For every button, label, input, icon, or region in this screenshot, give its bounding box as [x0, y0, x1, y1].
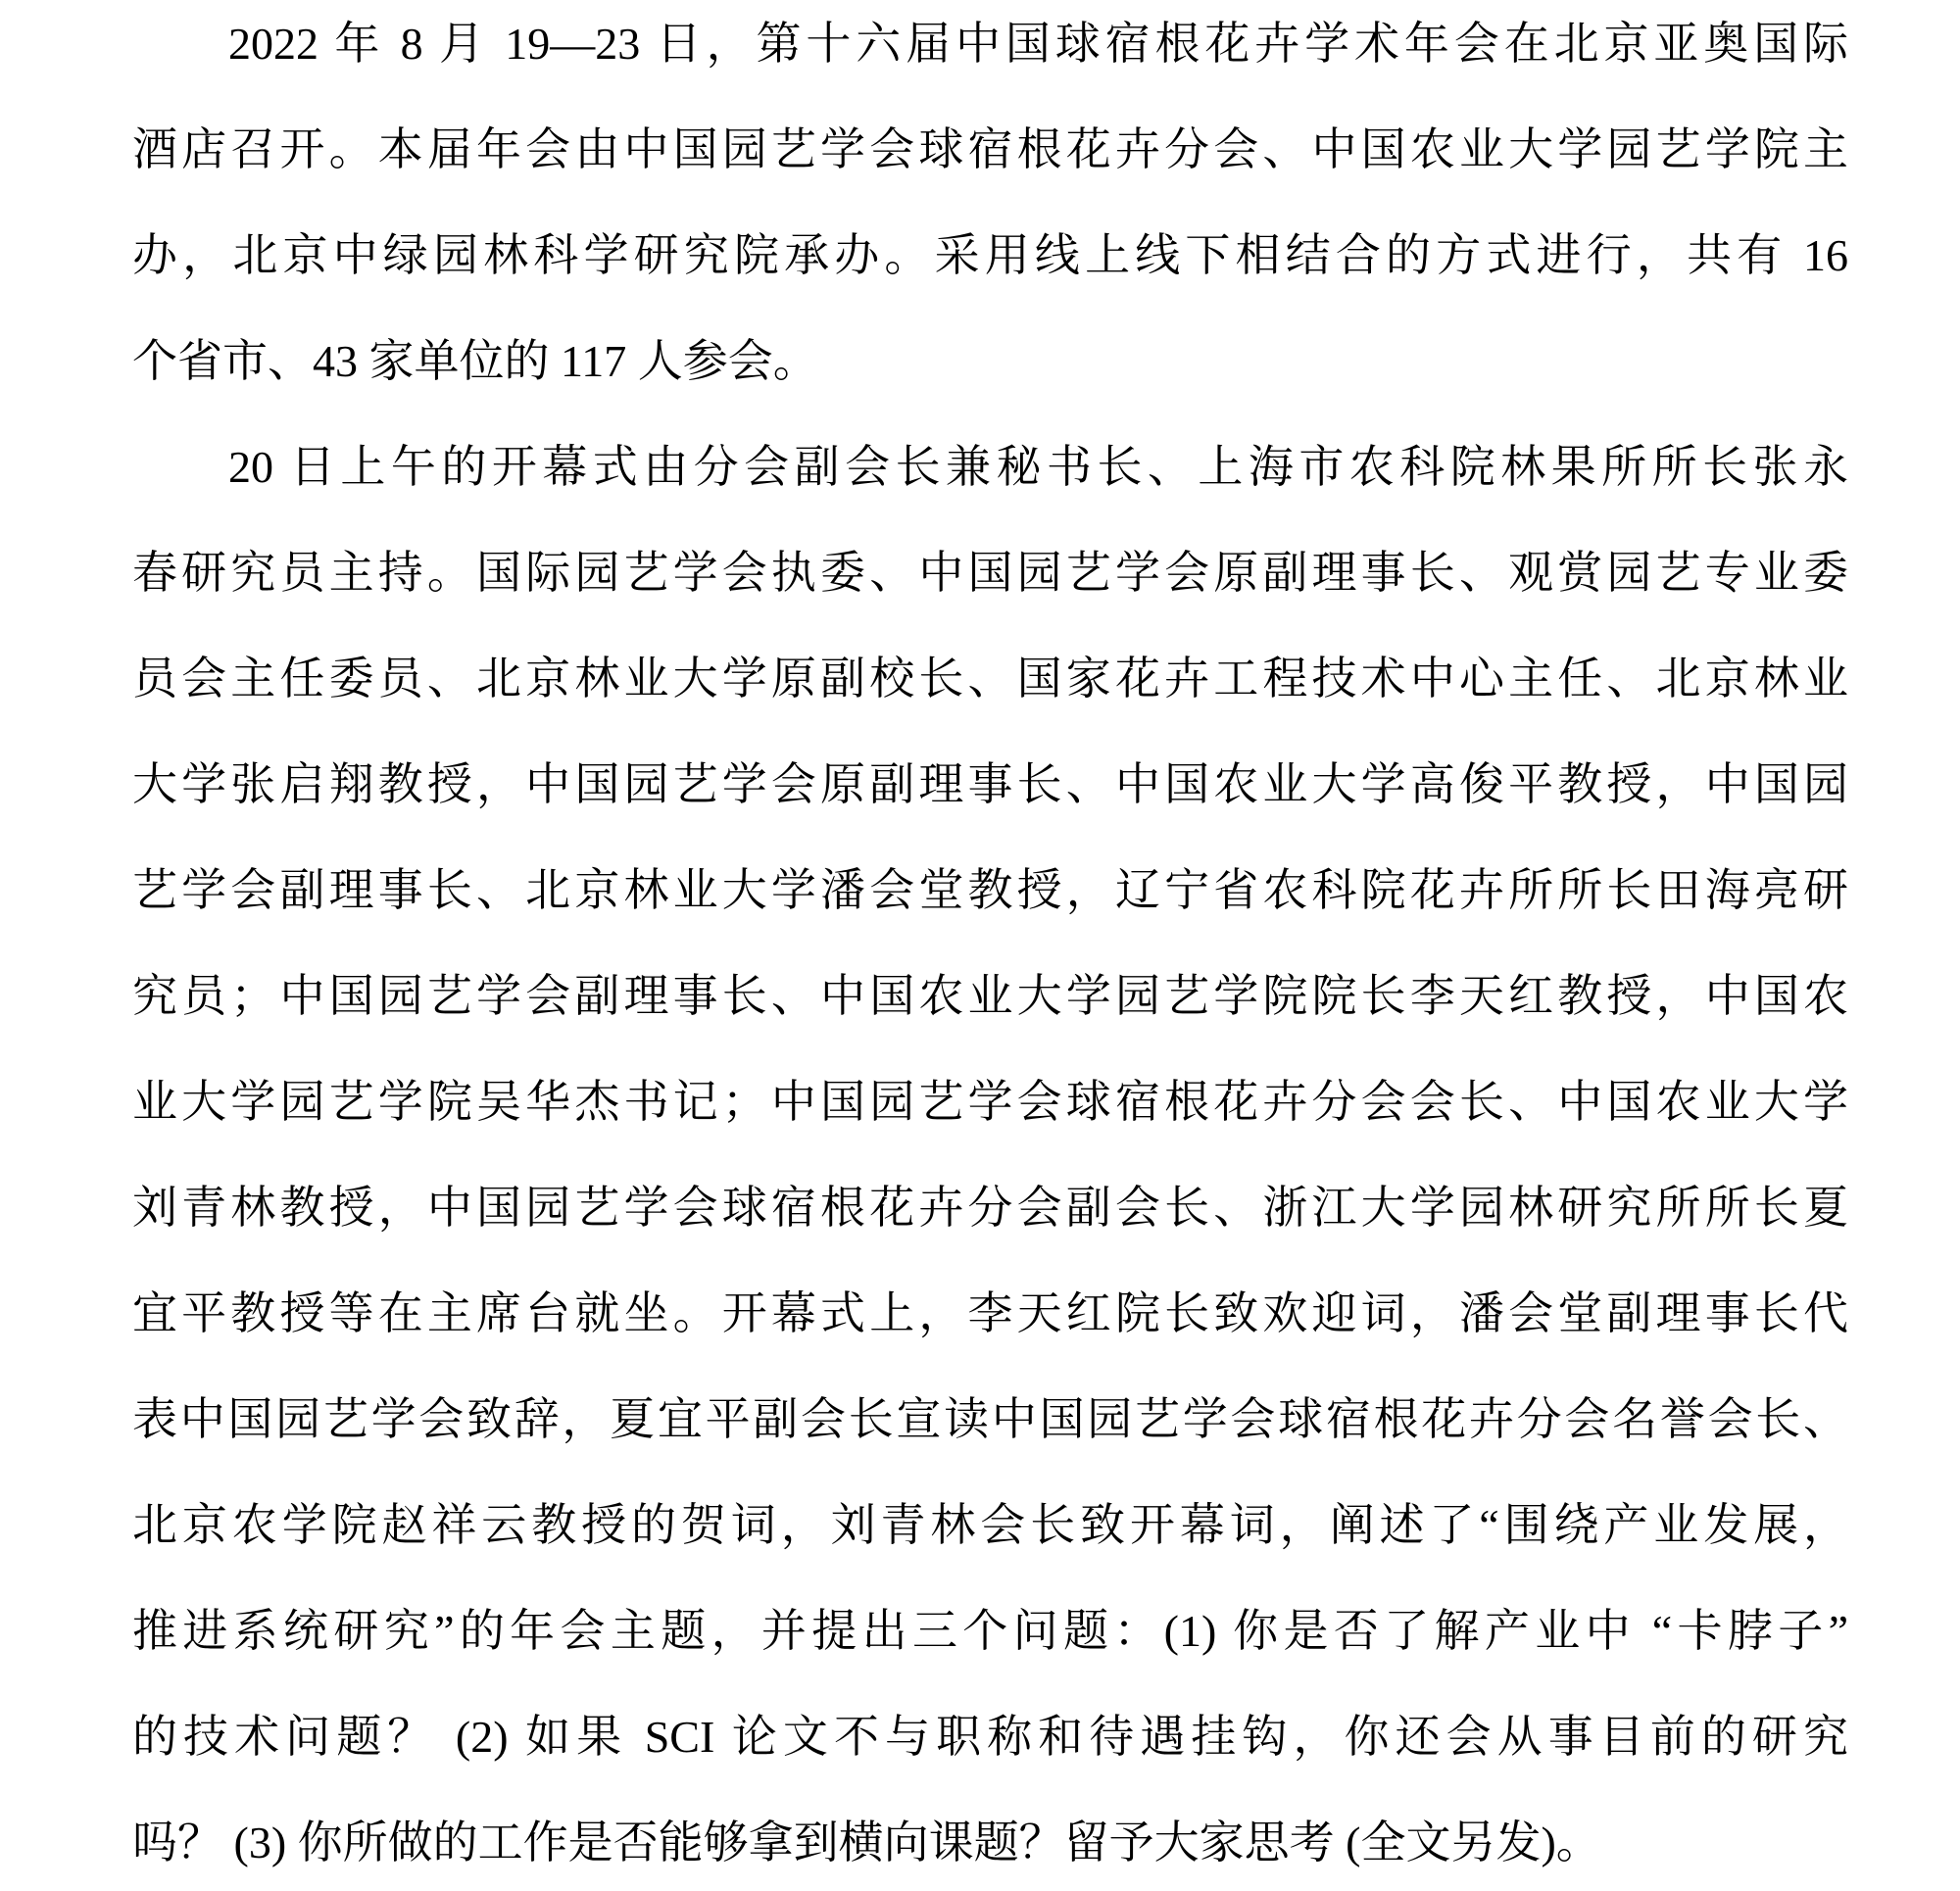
document-text-block: 2022 年 8 月 19—23 日，第十六届中国球宿根花卉学术年会在北京亚奥国…	[132, 0, 1848, 1891]
text-line: 艺学会副理事长、北京林业大学潘会堂教授，辽宁省农科院花卉所所长田海亮研	[132, 838, 1848, 944]
text-line: 刘青林教授，中国园艺学会球宿根花卉分会副会长、浙江大学园林研究所所长夏	[132, 1155, 1848, 1261]
text-line: 大学张启翔教授，中国园艺学会原副理事长、中国农业大学高俊平教授，中国园	[132, 732, 1848, 838]
text-line: 员会主任委员、北京林业大学原副校长、国家花卉工程技术中心主任、北京林业	[132, 626, 1848, 732]
text-line: 办，北京中绿园林科学研究院承办。采用线上线下相结合的方式进行，共有 16	[132, 203, 1848, 309]
text-line: 业大学园艺学院吴华杰书记；中国园艺学会球宿根花卉分会会长、中国农业大学	[132, 1049, 1848, 1155]
text-line: 20 日上午的开幕式由分会副会长兼秘书长、上海市农科院林果所所长张永	[132, 414, 1848, 520]
text-line: 2022 年 8 月 19—23 日，第十六届中国球宿根花卉学术年会在北京亚奥国…	[132, 0, 1848, 97]
text-line: 的技术问题？ (2) 如果 SCI 论文不与职称和待遇挂钩，你还会从事目前的研究	[132, 1684, 1848, 1790]
document-page: 2022 年 8 月 19—23 日，第十六届中国球宿根花卉学术年会在北京亚奥国…	[0, 0, 1960, 1891]
text-line: 北京农学院赵祥云教授的贺词，刘青林会长致开幕词，阐述了“围绕产业发展，	[132, 1473, 1848, 1578]
text-line: 表中国园艺学会致辞，夏宜平副会长宣读中国园艺学会球宿根花卉分会名誉会长、	[132, 1367, 1848, 1473]
text-line: 酒店召开。本届年会由中国园艺学会球宿根花卉分会、中国农业大学园艺学院主	[132, 97, 1848, 203]
text-line: 推进系统研究”的年会主题，并提出三个问题：(1) 你是否了解产业中 “卡脖子”	[132, 1578, 1848, 1684]
text-line: 究员；中国园艺学会副理事长、中国农业大学园艺学院院长李天红教授，中国农	[132, 944, 1848, 1049]
text-line: 吗？ (3) 你所做的工作是否能够拿到横向课题？留予大家思考 (全文另发)。	[132, 1790, 1848, 1891]
text-line: 春研究员主持。国际园艺学会执委、中国园艺学会原副理事长、观赏园艺专业委	[132, 520, 1848, 626]
text-line: 个省市、43 家单位的 117 人参会。	[132, 309, 1848, 414]
text-line: 宜平教授等在主席台就坐。开幕式上，李天红院长致欢迎词，潘会堂副理事长代	[132, 1261, 1848, 1367]
